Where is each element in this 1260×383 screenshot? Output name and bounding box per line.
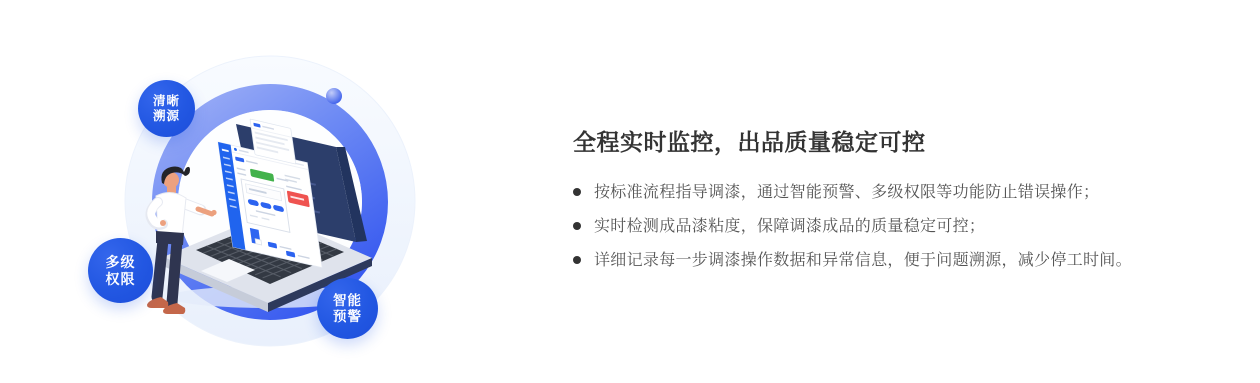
badge-label-line: 多级 <box>106 254 136 271</box>
illustration-area: 清晰 溯源 多级 权限 智能 预警 <box>0 0 460 383</box>
feature-item-text: 详细记录每一步调漆操作数据和异常信息，便于问题溯源，减少停工时间。 <box>594 250 1132 271</box>
feature-section: 清晰 溯源 多级 权限 智能 预警 全程实时监控，出品质量稳定可控 按标准流程指… <box>0 0 1260 383</box>
feature-item: 详细记录每一步调漆操作数据和异常信息，便于问题溯源，减少停工时间。 <box>573 250 1193 271</box>
bullet-dot <box>573 222 581 230</box>
feature-list: 按标准流程指导调漆，通过智能预警、多级权限等功能防止错误操作； 实时检测成品漆粘… <box>573 182 1193 271</box>
badge-smart-alert: 智能 预警 <box>317 278 378 339</box>
badge-multi-level-permission: 多级 权限 <box>88 238 153 303</box>
badge-label-line: 清晰 <box>153 94 180 109</box>
bullet-dot <box>573 188 581 196</box>
badge-label-line: 智能 <box>333 293 362 309</box>
badge-clear-traceability: 清晰 溯源 <box>138 80 195 137</box>
feature-item: 实时检测成品漆粘度，保障调漆成品的质量稳定可控； <box>573 216 1193 237</box>
ball-dot <box>326 88 342 104</box>
badge-label-line: 溯源 <box>153 109 180 124</box>
laptop-illustration <box>85 15 430 375</box>
feature-item: 按标准流程指导调漆，通过智能预警、多级权限等功能防止错误操作； <box>573 182 1193 203</box>
badge-label-line: 权限 <box>106 271 136 288</box>
badge-label-line: 预警 <box>333 309 362 325</box>
feature-item-text: 实时检测成品漆粘度，保障调漆成品的质量稳定可控； <box>594 216 985 237</box>
bullet-dot <box>573 256 581 264</box>
section-title: 全程实时监控，出品质量稳定可控 <box>573 129 1193 157</box>
feature-item-text: 按标准流程指导调漆，通过智能预警、多级权限等功能防止错误操作； <box>594 182 1099 203</box>
feature-copy: 全程实时监控，出品质量稳定可控 按标准流程指导调漆，通过智能预警、多级权限等功能… <box>573 129 1193 284</box>
